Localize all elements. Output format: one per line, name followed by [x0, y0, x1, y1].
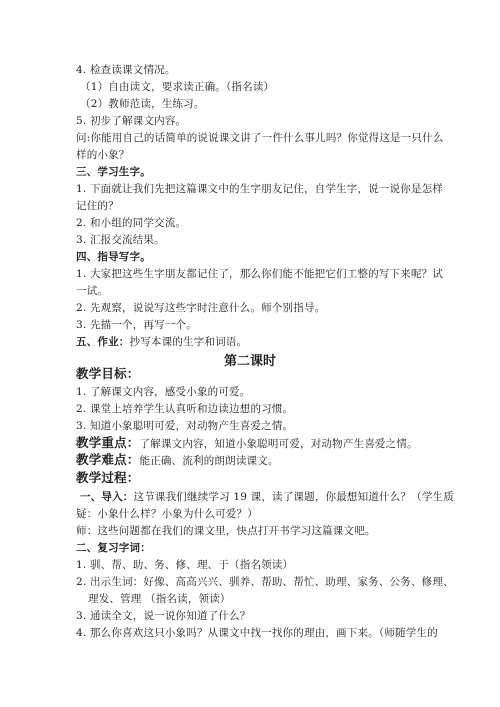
doc-line: 5. 初步了解课文内容。 [76, 114, 186, 128]
doc-line: 记住的？ [76, 199, 119, 213]
section-heading: 三、学习生字。 [76, 165, 151, 179]
doc-line: 2. 课堂上培养学生认真听和边读边想的习惯。 [76, 402, 293, 416]
section-heading: 教学目标： [76, 367, 140, 381]
section-heading: 四、指导写字。 [76, 250, 151, 264]
inline-heading: 五、作业： [76, 336, 130, 348]
doc-line: （1）自由读文，要求读正确。（指名读） [80, 80, 274, 94]
doc-line: 问:你能用自己的话简单的说说课文讲了一件什么事儿吗？你觉得这是一只什么 [76, 131, 444, 145]
inline-heading: 一、导入： [80, 491, 134, 503]
doc-line: 2. 和小组的同学交流。 [76, 216, 186, 230]
doc-line: 疑：小象什么样？小象为什么可爱？） [76, 507, 258, 521]
doc-line: 4. 检查读课文情况。 [76, 63, 176, 77]
doc-line: 理发、管理 （指名读，领读） [88, 592, 231, 606]
section-heading: 二、复习字词： [76, 541, 151, 555]
inline-heading: 教学难点： [76, 452, 140, 467]
doc-line: 教学重点：了解课文内容，知道小象聪明可爱，对动物产生喜爱之情。 [76, 436, 418, 451]
inline-heading: 教学重点： [76, 435, 140, 450]
doc-text: 了解课文内容，知道小象聪明可爱，对动物产生喜爱之情。 [140, 438, 418, 450]
doc-line: 3. 汇报交流结果。 [76, 233, 165, 247]
doc-line: 五、作业：抄写本课的生字和词语。 [76, 335, 247, 349]
doc-line: 1. 大家把这些生字朋友都记住了，那么你们能不能把它们工整的写下来呢？试 [76, 267, 443, 281]
lesson-title: 第二课时 [0, 350, 500, 369]
doc-line: 一、导入：这节课我们继续学习 19 课，读了课题，你最想知道什么？（学生质 [80, 490, 454, 504]
document-page: 4. 检查读课文情况。 （1）自由读文，要求读正确。（指名读） （2）教师范读，… [0, 0, 500, 707]
doc-line: 教学难点：能正确、流利的朗朗读课文。 [76, 453, 279, 468]
doc-line: （2）教师范读，生练习。 [80, 97, 205, 111]
doc-text: 抄写本课的生字和词语。 [130, 336, 248, 348]
section-heading: 教学过程： [76, 471, 140, 485]
doc-line: 一试。 [76, 284, 108, 298]
doc-line: 3. 通读全文，说一说你知道了什么？ [76, 609, 250, 623]
doc-line: 3. 知道小象聪明可爱，对动物产生喜爱之情。 [76, 419, 293, 433]
doc-text: 能正确、流利的朗朗读课文。 [140, 455, 279, 467]
doc-line: 1. 驯、帮、助、务、修、理、于（指名领读） [76, 558, 293, 572]
doc-line: 1. 下面就让我们先把这篇课文中的生字朋友记住，自学生字，说一说你是怎样 [76, 182, 443, 196]
doc-line: 3. 先描一个，再写一个。 [76, 318, 197, 332]
doc-line: 样的小象？ [76, 148, 130, 162]
doc-line: 1. 了解课文内容，感受小象的可爱。 [76, 385, 250, 399]
doc-text: 这节课我们继续学习 19 课，读了课题，你最想知道什么？（学生质 [134, 491, 454, 503]
doc-line: 2. 出示生词：好像、高高兴兴、驯养、帮助、帮忙、助理、家务、公务、修理、 [76, 575, 454, 589]
doc-line: 师：这些问题都在我们的课文里，快点打开书学习这篇课文吧。 [76, 524, 376, 538]
doc-line: 2. 先观察，说说写这些字时注意什么。师个别指导。 [76, 301, 325, 315]
doc-line: 4. 那么你喜欢这只小象吗？从课文中找一找你的理由，画下来。（师随学生的 [76, 626, 438, 640]
